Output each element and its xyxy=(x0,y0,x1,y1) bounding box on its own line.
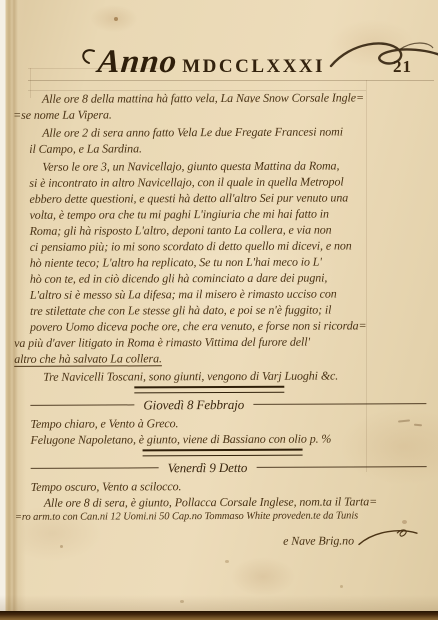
journal-line: va più d'aver litigato in Roma è rimasto… xyxy=(14,333,426,351)
journal-line: povero Uomo diceva poche ore, che era ve… xyxy=(30,317,426,335)
roman-year: MDCCLXXXI xyxy=(182,56,325,78)
manuscript-page: 21 Anno MDCCLXXXI Alle ore 8 della matti… xyxy=(0,0,438,620)
journal-line: Roma; gli hà risposto L'altro, deponi ta… xyxy=(30,221,426,239)
journal-line: altro che hà salvato La collera. xyxy=(14,349,426,367)
pen-curl-icon xyxy=(78,46,96,68)
foxing-spot xyxy=(340,585,343,588)
rule-line xyxy=(253,403,426,405)
rule-line xyxy=(30,404,134,406)
arrival-line: =ro arm.to con Can.ni 12 Uomi.ni 50 Cap.… xyxy=(15,509,427,525)
section-date: Venerdì 9 Detto xyxy=(159,459,257,475)
journal-line: L'altro si è messo sù La difesa; ma il m… xyxy=(30,285,426,303)
journal-line: =se nome La Vipera. xyxy=(13,105,425,123)
section-heading-thursday: Giovedì 8 Febbrajo xyxy=(30,395,426,414)
weather-line: Tempo chiaro, e Vento à Greco. xyxy=(30,414,426,432)
entry-departure-frigates: Alle ore 2 di sera anno fatto Vela Le du… xyxy=(29,123,425,157)
rule-line xyxy=(31,467,159,469)
journal-line: Tre Navicelli Toscani, sono giunti, veng… xyxy=(30,367,426,385)
header-flourish-icon xyxy=(329,38,438,74)
journal-text-block: Alle ore 8 della mattina hà fatto vela, … xyxy=(29,87,427,550)
journal-line: ebbero dette questioni, e questi hà dett… xyxy=(29,189,425,207)
entry-departure-snow: Alle ore 8 della mattina hà fatto vela, … xyxy=(29,89,425,123)
journal-line: hò con te, ed in ciò dicendo gli hà comi… xyxy=(30,269,426,287)
journal-line: il Campo, e La Sardina. xyxy=(29,139,425,157)
journal-line: volta, è tempo ora che tu mi paghi L'ing… xyxy=(30,205,426,223)
journal-line: ci pensiamo più; io mi sono scordato di … xyxy=(30,237,426,255)
margin-note: e Nave Brig.no xyxy=(31,526,427,550)
arrival-line: Alle ore 8 di sera, è giunto, Pollacca C… xyxy=(31,493,427,511)
entry-navicelli-toscani: Tre Navicelli Toscani, sono giunti, veng… xyxy=(30,367,426,394)
year-heading: Anno MDCCLXXXI xyxy=(78,36,438,81)
foxing-spot xyxy=(225,560,229,563)
journal-line: tre stilettate che con Le stesse gli hà … xyxy=(30,301,426,319)
foxing-spot xyxy=(180,600,184,603)
note-flourish-icon xyxy=(357,526,421,548)
journal-line: si è incontrato in altro Navicellajo, co… xyxy=(29,173,425,191)
double-underline xyxy=(134,386,284,394)
section-date: Giovedì 8 Febbrajo xyxy=(134,396,253,413)
journal-line: Alle ore 8 della mattina hà fatto vela, … xyxy=(29,89,425,107)
journal-line: hò niente teco; L'altro ha replicato, Se… xyxy=(30,253,426,271)
arrival-line: Felugone Napoletano, è giunto, viene di … xyxy=(30,430,426,448)
book-edge-bottom xyxy=(0,611,438,620)
journal-line: Verso le ore 3, un Navicellajo, giunto q… xyxy=(29,157,425,175)
foxing-spot xyxy=(114,17,118,21)
binding-edge xyxy=(0,0,26,620)
margin-note-text: e Nave Brig.no xyxy=(283,532,354,548)
double-underline xyxy=(143,449,303,457)
rule-line xyxy=(256,466,426,468)
page-bottom-shadow xyxy=(0,595,438,611)
weather-line: Tempo oscuro, Vento a scilocco. xyxy=(31,477,427,495)
section-heading-friday: Venerdì 9 Detto xyxy=(31,458,427,477)
journal-line: Alle ore 2 di sera anno fatto Vela Le du… xyxy=(29,123,425,141)
anno-script: Anno xyxy=(96,44,179,81)
entry-navicellajo-incident: Verso le ore 3, un Navicellajo, giunto q… xyxy=(29,157,426,367)
